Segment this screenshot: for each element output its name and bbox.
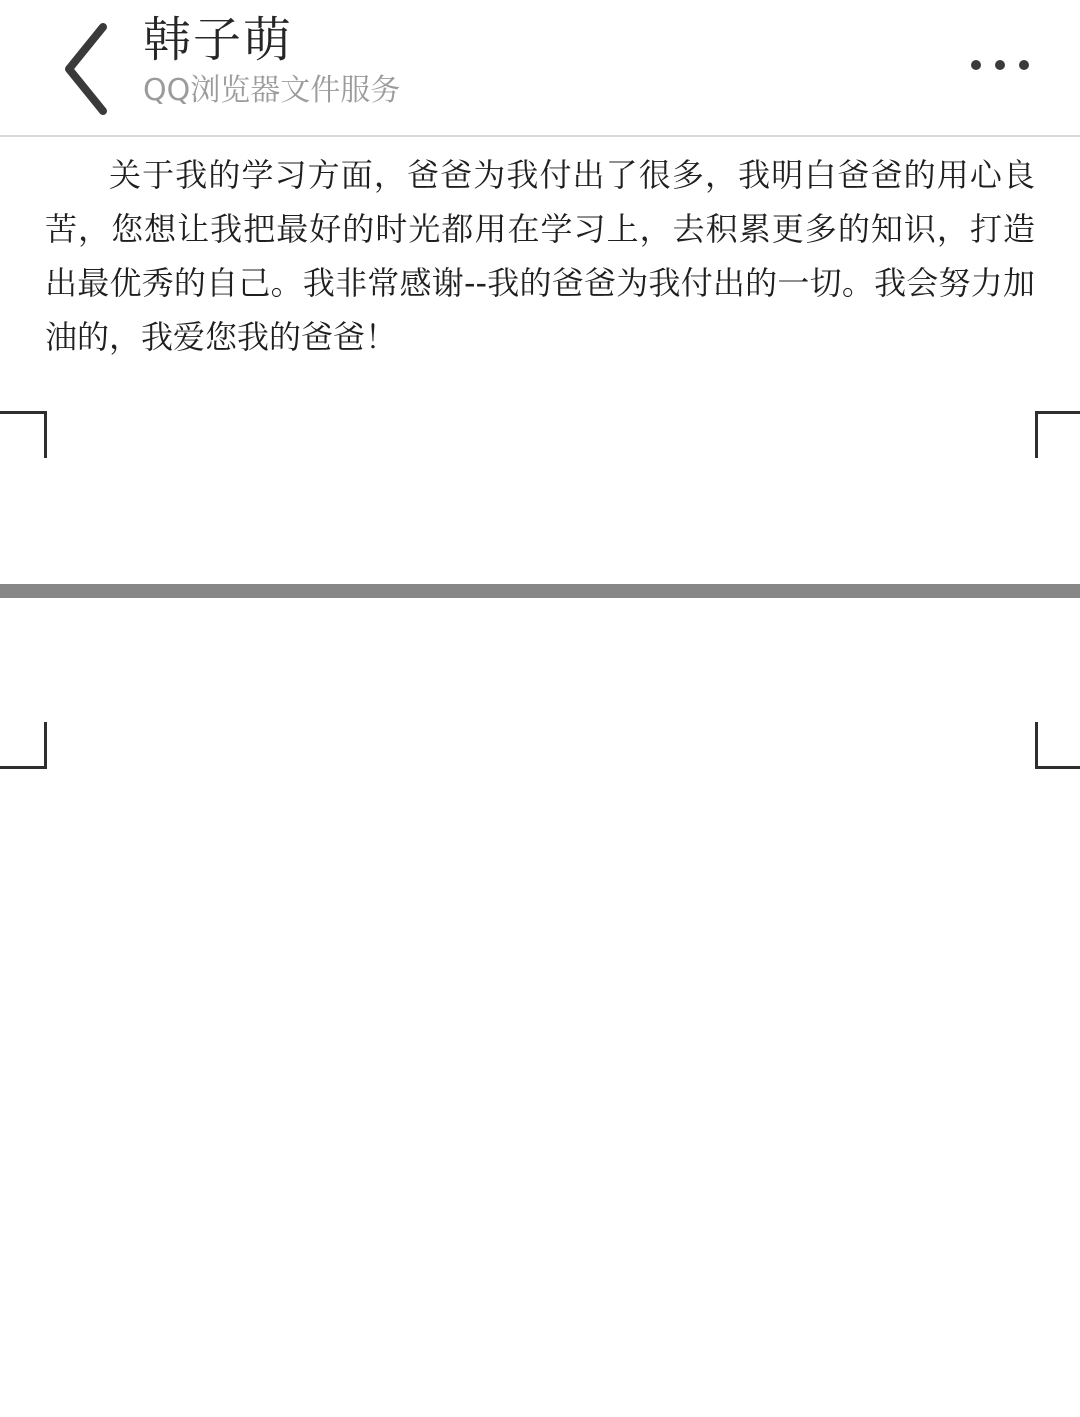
paragraph-line: 苦，您想让我把最好的时光都用在学习上，去积累更多的知识，打造 <box>45 202 1035 256</box>
file-title: 韩子萌 <box>143 8 400 72</box>
chevron-left-icon <box>59 22 111 118</box>
document-paragraph: 关于我的学习方面，爸爸为我付出了很多，我明白爸爸的用心良 苦，您想让我把最好的时… <box>45 148 1035 364</box>
more-menu-button[interactable] <box>950 30 1050 100</box>
file-viewer-screen: 韩子萌 QQ浏览器文件服务 关于我的学习方面，爸爸为我付出了很多，我明白爸爸的用… <box>0 0 1080 1417</box>
paragraph-line: 油的，我爱您我的爸爸！ <box>45 310 1035 364</box>
paragraph-line: 关于我的学习方面，爸爸为我付出了很多，我明白爸爸的用心良 <box>45 148 1035 202</box>
page-divider-bar <box>0 584 1080 598</box>
header-titles: 韩子萌 QQ浏览器文件服务 <box>143 8 400 110</box>
file-viewer-header: 韩子萌 QQ浏览器文件服务 <box>0 0 1080 137</box>
back-button[interactable] <box>40 10 130 130</box>
paragraph-line: 出最优秀的自己。我非常感谢--我的爸爸为我付出的一切。我会努力加 <box>45 256 1035 310</box>
three-dot-menu-icon <box>971 60 1029 70</box>
page1-bottom-right-crop-mark <box>1035 411 1080 458</box>
document-scroll-area[interactable]: 关于我的学习方面，爸爸为我付出了很多，我明白爸爸的用心良 苦，您想让我把最好的时… <box>0 139 1080 1417</box>
page2-top-left-crop-mark <box>0 722 47 769</box>
file-source-label: QQ浏览器文件服务 <box>143 72 400 110</box>
page2-top-right-crop-mark <box>1035 722 1080 769</box>
page1-bottom-left-crop-mark <box>0 411 47 458</box>
